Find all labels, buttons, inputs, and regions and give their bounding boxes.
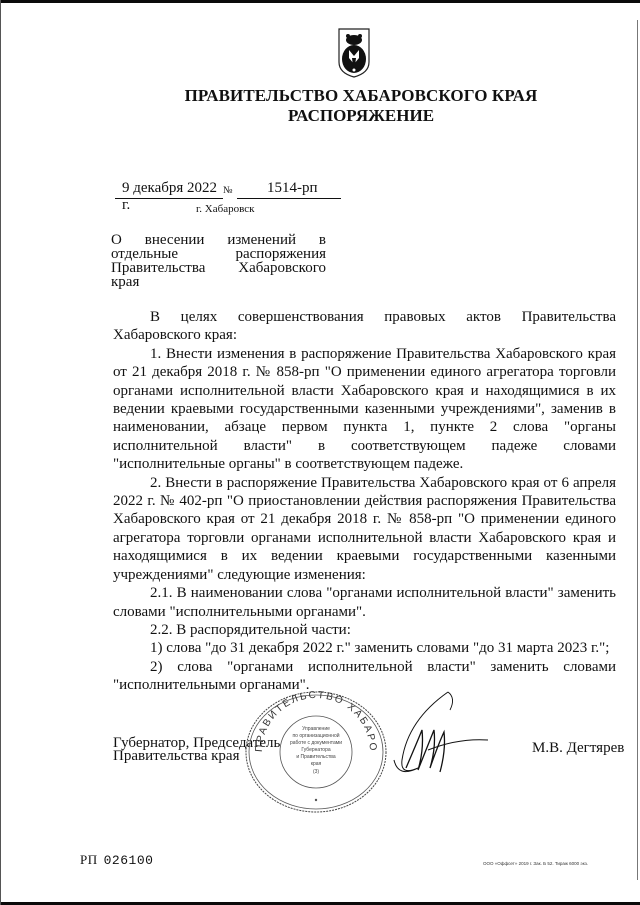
document-requisites: 9 декабря 2022 г. № 1514-рп xyxy=(113,180,343,200)
svg-text:(3): (3) xyxy=(313,769,319,775)
body-paragraph: 1. Внести изменения в распоряжение Прави… xyxy=(113,345,616,474)
document-city: г. Хабаровск xyxy=(196,203,254,215)
document-subject: О внесении изменений в отдельные распоря… xyxy=(111,233,326,289)
scan-edge-right xyxy=(637,20,638,880)
body-paragraph: В целях совершенствования правовых актов… xyxy=(113,308,616,345)
body-paragraph: 1) слова "до 31 декабря 2022 г." заменит… xyxy=(113,639,616,657)
body-paragraph: 2. Внести в распоряжение Правительства Х… xyxy=(113,474,616,584)
document-body: В целях совершенствования правовых актов… xyxy=(113,308,616,695)
svg-text:работе с документами: работе с документами xyxy=(290,740,342,746)
subject-line: О внесении изменений в xyxy=(111,233,326,247)
form-registration-number: РП026100 xyxy=(80,852,153,868)
coat-of-arms-icon xyxy=(338,28,370,78)
svg-text:края: края xyxy=(311,761,322,767)
scan-edge-left xyxy=(0,0,1,905)
document-date: 9 декабря 2022 г. xyxy=(115,180,223,199)
body-paragraph: 2.1. В наименовании слова "органами испо… xyxy=(113,584,616,621)
subject-line: отдельные распоряжения xyxy=(111,247,326,261)
body-paragraph: 2.2. В распорядительной части: xyxy=(113,621,616,639)
scan-edge-top xyxy=(0,0,640,3)
svg-text:и Правительства: и Правительства xyxy=(296,754,336,760)
printer-info: ООО «Оффсет» 2019 г. Зак. Б 52. Тираж 60… xyxy=(483,861,588,866)
form-prefix: РП xyxy=(80,852,98,867)
form-number: 026100 xyxy=(104,853,154,868)
number-sign: № xyxy=(223,185,233,196)
official-stamp-icon: ПРАВИТЕЛЬСТВО ХАБАРОВСКОГО КРАЯ Управлен… xyxy=(240,688,392,816)
svg-text:по организационной: по организационной xyxy=(292,732,339,739)
document-type: РАСПОРЯЖЕНИЕ xyxy=(0,106,640,126)
svg-text:Управление: Управление xyxy=(302,726,330,732)
subject-line: Правительства Хабаровского края xyxy=(111,261,326,289)
document-number: 1514-рп xyxy=(237,180,341,199)
signer-name: М.В. Дегтярев xyxy=(532,740,624,757)
handwritten-signature-icon xyxy=(388,690,528,780)
government-name: ПРАВИТЕЛЬСТВО ХАБАРОВСКОГО КРАЯ xyxy=(0,86,640,106)
svg-text:Губернатора: Губернатора xyxy=(301,747,331,753)
